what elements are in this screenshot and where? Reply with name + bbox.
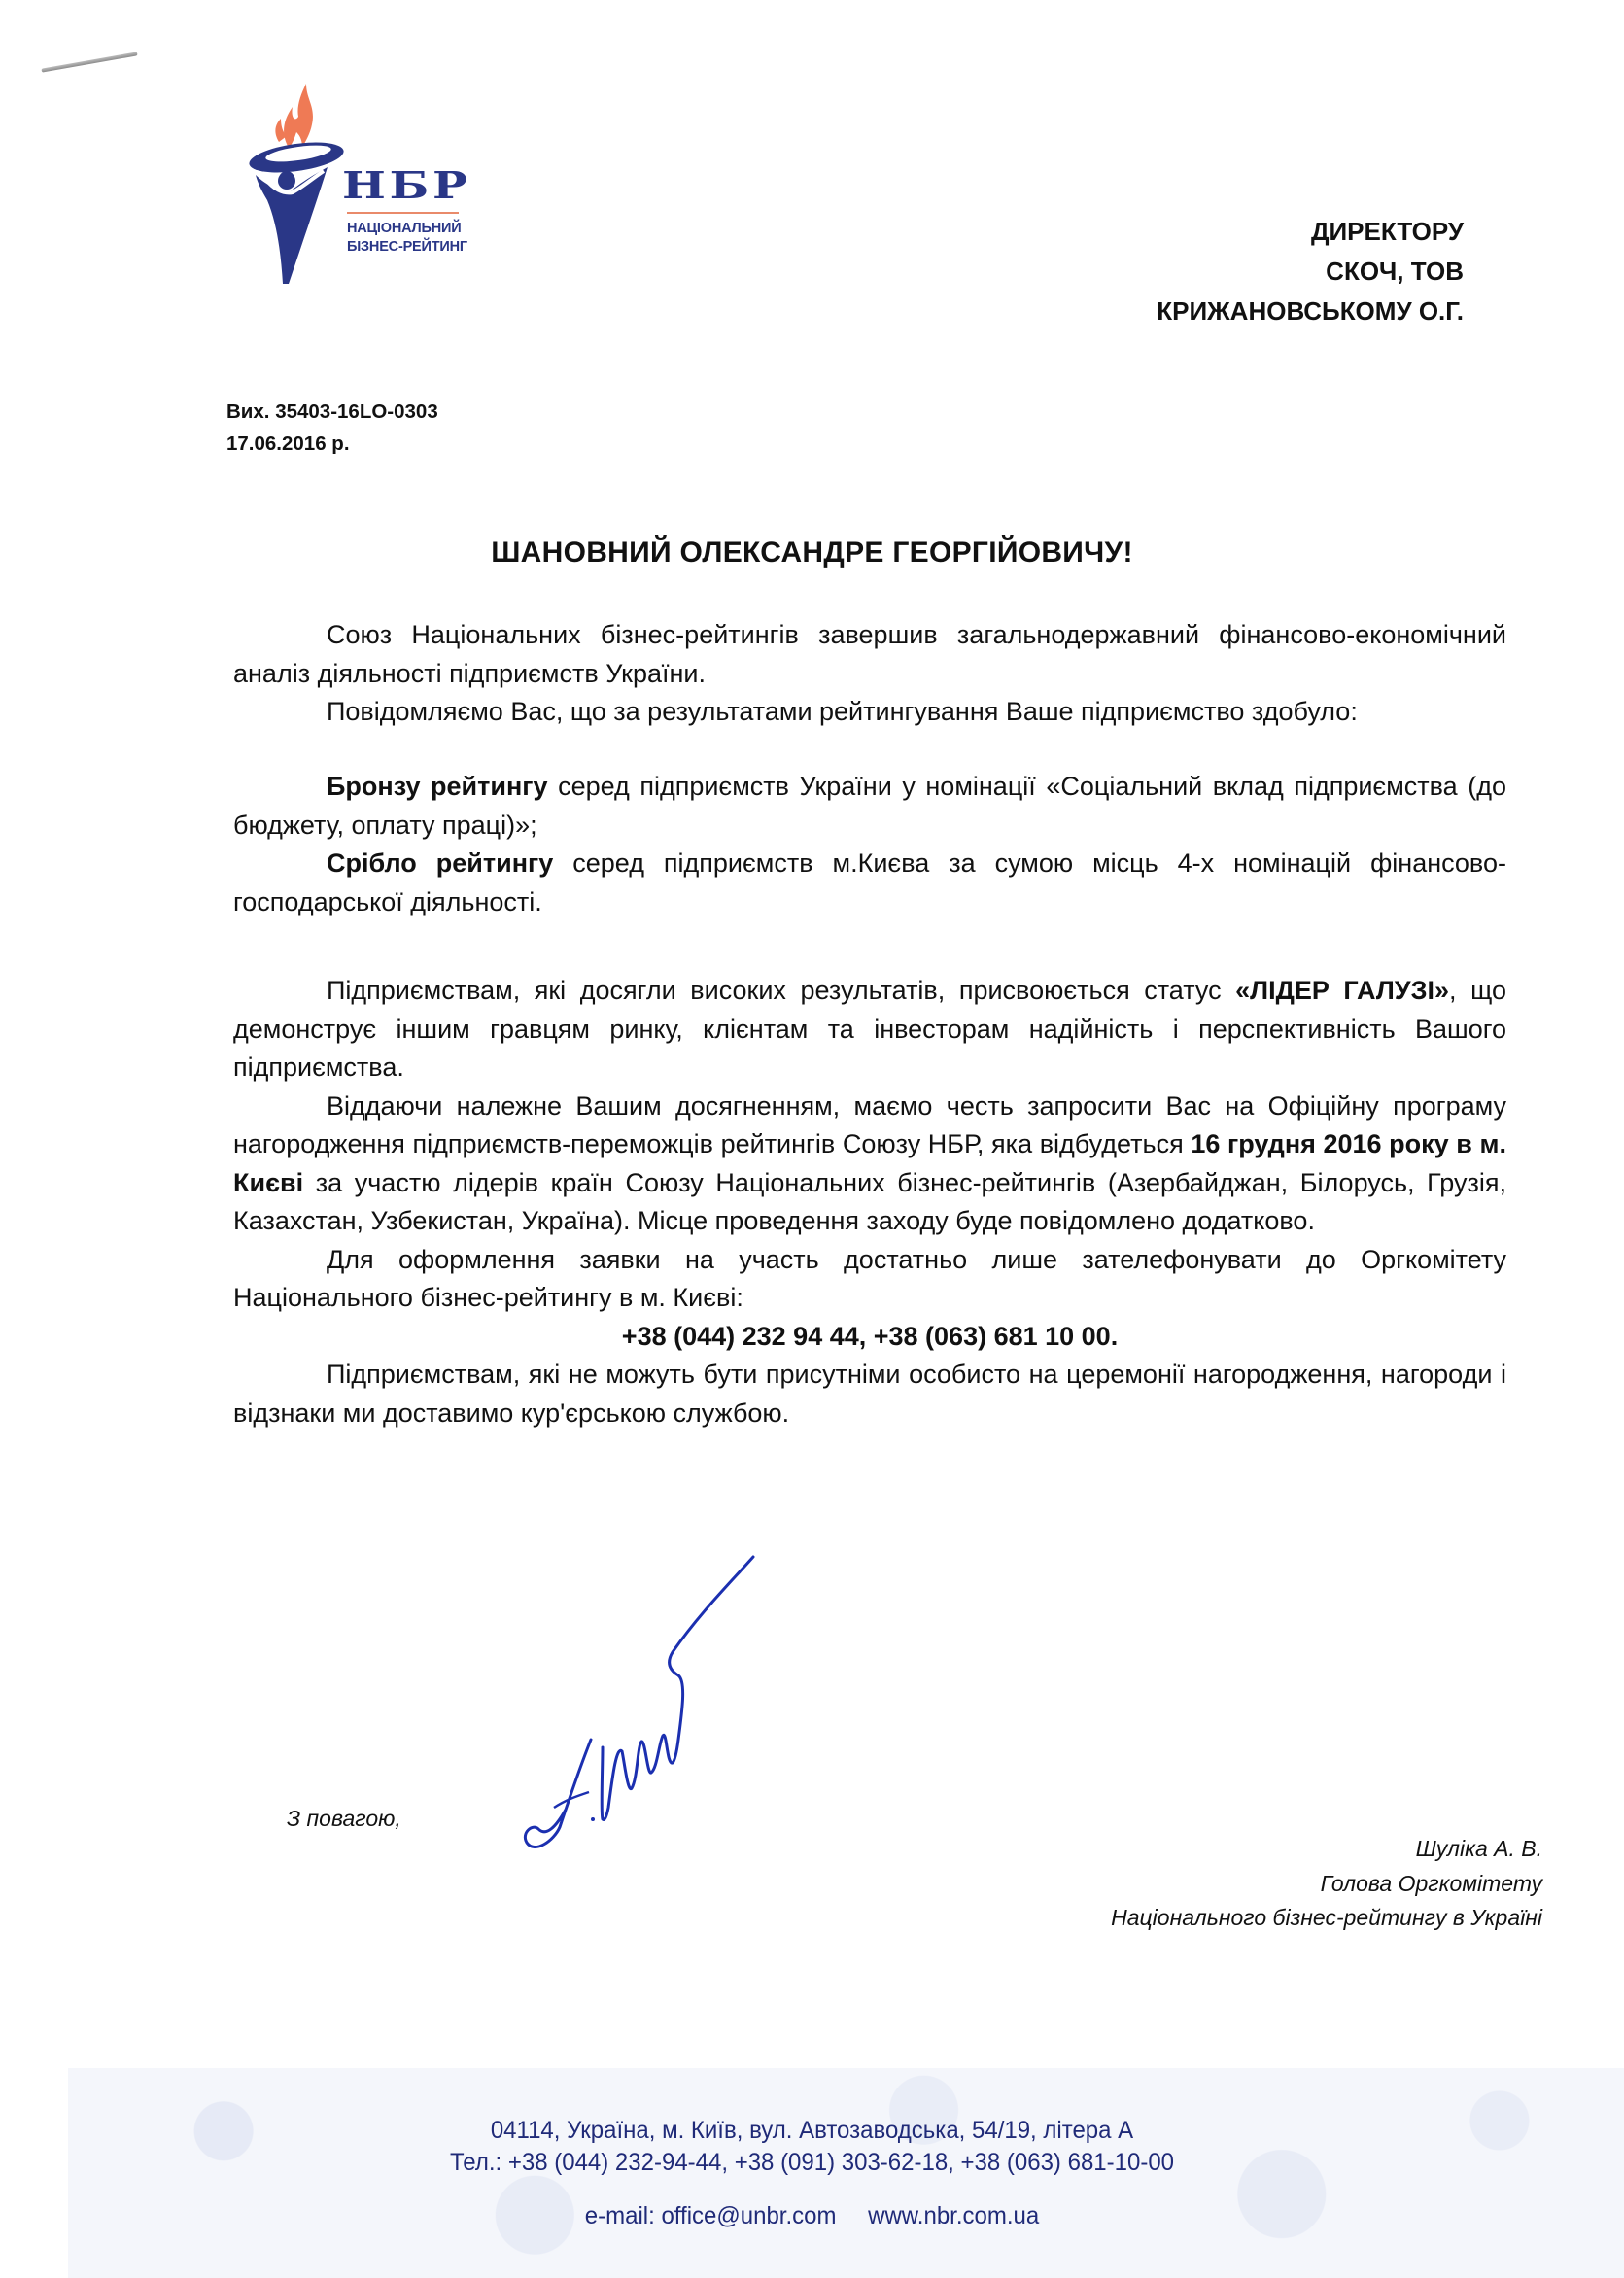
- addressee-block: ДИРЕКТОРУ СКОЧ, ТОВ КРИЖАНОВСЬКОМУ О.Г.: [1157, 212, 1464, 331]
- outgoing-date: 17.06.2016 р.: [226, 428, 438, 460]
- invitation-text-2: за участю лідерів країн Союзу Національн…: [233, 1168, 1506, 1236]
- logo-abbreviation: НБР: [342, 163, 470, 207]
- signer-block: Шуліка А. В. Голова Оргкомітету Націонал…: [1111, 1832, 1542, 1936]
- letter-body: Союз Національних бізнес-рейтингів завер…: [233, 616, 1506, 732]
- signer-organization: Національного бізнес-рейтингу в Україні: [1111, 1901, 1542, 1936]
- status-title: «ЛІДЕР ГАЛУЗІ»: [1235, 976, 1449, 1005]
- pencil-mark: [41, 52, 137, 72]
- status-text-1: Підприємствам, які досягли високих резул…: [327, 976, 1235, 1005]
- paragraph-intro: Союз Національних бізнес-рейтингів завер…: [233, 616, 1506, 693]
- footer-email[interactable]: e-mail: office@unbr.com: [585, 2202, 837, 2229]
- logo-name-line1: НАЦІОНАЛЬНИЙ: [347, 220, 467, 238]
- awards-block: Бронзу рейтингу серед підприємств Україн…: [233, 768, 1506, 921]
- signer-title: Голова Оргкомітету: [1111, 1867, 1542, 1902]
- outgoing-reference: Вих. 35403-16LO-0303 17.06.2016 р.: [226, 396, 438, 460]
- footer-website[interactable]: www.nbr.com.ua: [868, 2202, 1039, 2229]
- nbr-logo: НБР НАЦІОНАЛЬНИЙ БІЗНЕС-РЕЙТИНГ: [238, 78, 491, 292]
- details-block: Підприємствам, які досягли високих резул…: [233, 972, 1506, 1432]
- award-bronze: Бронзу рейтингу серед підприємств Україн…: [233, 768, 1506, 845]
- logo-name: НАЦІОНАЛЬНИЙ БІЗНЕС-РЕЙТИНГ: [347, 220, 467, 257]
- footer-contacts: 04114, Україна, м. Київ, вул. Автозаводс…: [32, 2115, 1591, 2232]
- award-silver: Срібло рейтингу серед підприємств м.Києв…: [233, 845, 1506, 921]
- logo-divider: [347, 212, 459, 214]
- salutation: ШАНОВНИЙ ОЛЕКСАНДРЕ ГЕОРГІЙОВИЧУ!: [0, 536, 1624, 569]
- signer-name: Шуліка А. В.: [1111, 1832, 1542, 1867]
- footer-phones: Тел.: +38 (044) 232-94-44, +38 (091) 303…: [32, 2147, 1591, 2179]
- addressee-name: КРИЖАНОВСЬКОМУ О.Г.: [1157, 292, 1464, 331]
- award-silver-title: Срібло рейтингу: [327, 848, 553, 878]
- paragraph-registration: Для оформлення заявки на участь достатнь…: [233, 1241, 1506, 1318]
- addressee-position: ДИРЕКТОРУ: [1157, 212, 1464, 252]
- contact-phones: +38 (044) 232 94 44, +38 (063) 681 10 00…: [233, 1318, 1506, 1357]
- paragraph-status: Підприємствам, які досягли високих резул…: [233, 972, 1506, 1087]
- footer-address: 04114, Україна, м. Київ, вул. Автозаводс…: [32, 2115, 1591, 2147]
- paragraph-delivery: Підприємствам, які не можуть бути присут…: [233, 1356, 1506, 1432]
- handwritten-signature: [496, 1545, 787, 1856]
- torch-logo-icon: [238, 78, 345, 292]
- closing: З повагою,: [287, 1806, 401, 1832]
- paragraph-invitation: Віддаючи належне Вашим досягненням, маєм…: [233, 1087, 1506, 1241]
- logo-name-line2: БІЗНЕС-РЕЙТИНГ: [347, 238, 467, 257]
- award-bronze-title: Бронзу рейтингу: [327, 772, 548, 801]
- paragraph-announcement: Повідомляємо Вас, що за результатами рей…: [233, 693, 1506, 732]
- footer-web: e-mail: office@unbr.comwww.nbr.com.ua: [32, 2200, 1591, 2232]
- addressee-company: СКОЧ, ТОВ: [1157, 252, 1464, 292]
- outgoing-number: Вих. 35403-16LO-0303: [226, 396, 438, 428]
